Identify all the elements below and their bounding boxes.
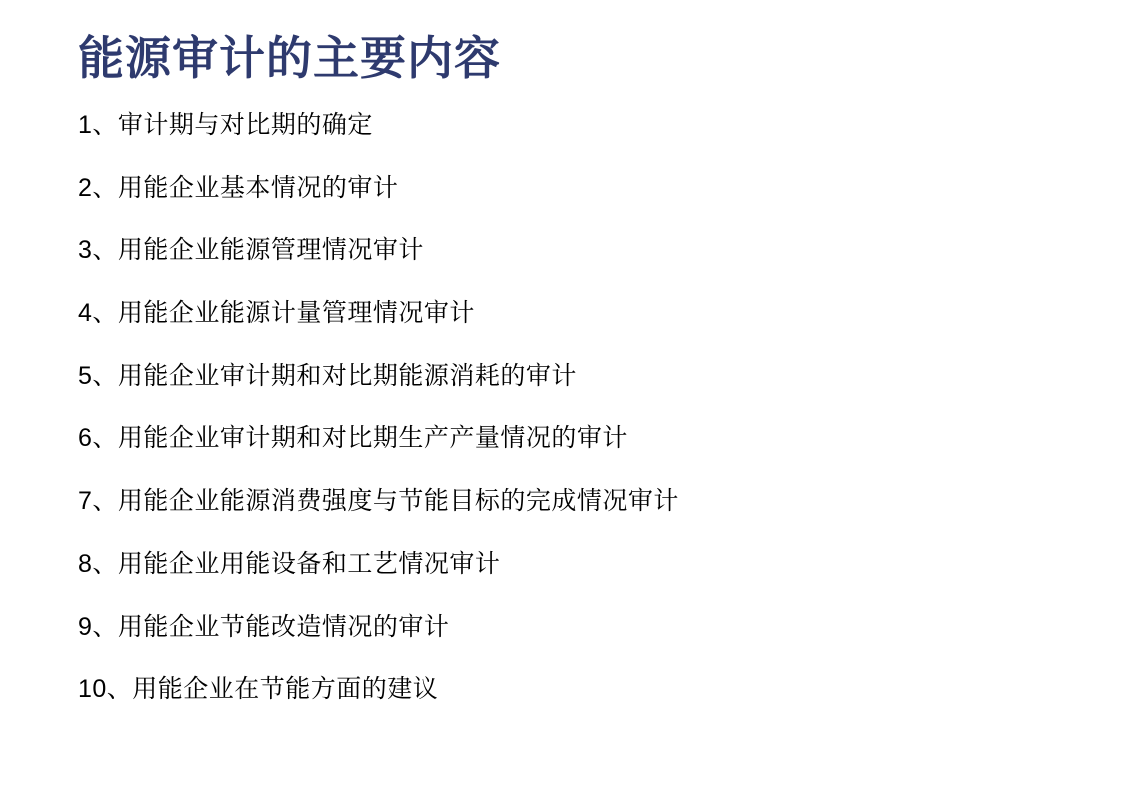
list-item: 8、用能企业用能设备和工艺情况审计 [78, 533, 679, 596]
list-item: 5、用能企业审计期和对比期能源消耗的审计 [78, 345, 679, 408]
list-item: 3、用能企业能源管理情况审计 [78, 219, 679, 282]
list-item: 6、用能企业审计期和对比期生产产量情况的审计 [78, 407, 679, 470]
list-item: 2、用能企业基本情况的审计 [78, 157, 679, 220]
list-item: 10、用能企业在节能方面的建议 [78, 658, 679, 721]
list-item: 1、审计期与对比期的确定 [78, 94, 679, 157]
list-item: 9、用能企业节能改造情况的审计 [78, 596, 679, 659]
list-item: 4、用能企业能源计量管理情况审计 [78, 282, 679, 345]
presentation-slide: 能源审计的主要内容 1、审计期与对比期的确定 2、用能企业基本情况的审计 3、用… [0, 0, 1140, 797]
page-title: 能源审计的主要内容 [78, 30, 501, 86]
content-list: 1、审计期与对比期的确定 2、用能企业基本情况的审计 3、用能企业能源管理情况审… [78, 94, 679, 721]
list-item: 7、用能企业能源消费强度与节能目标的完成情况审计 [78, 470, 679, 533]
